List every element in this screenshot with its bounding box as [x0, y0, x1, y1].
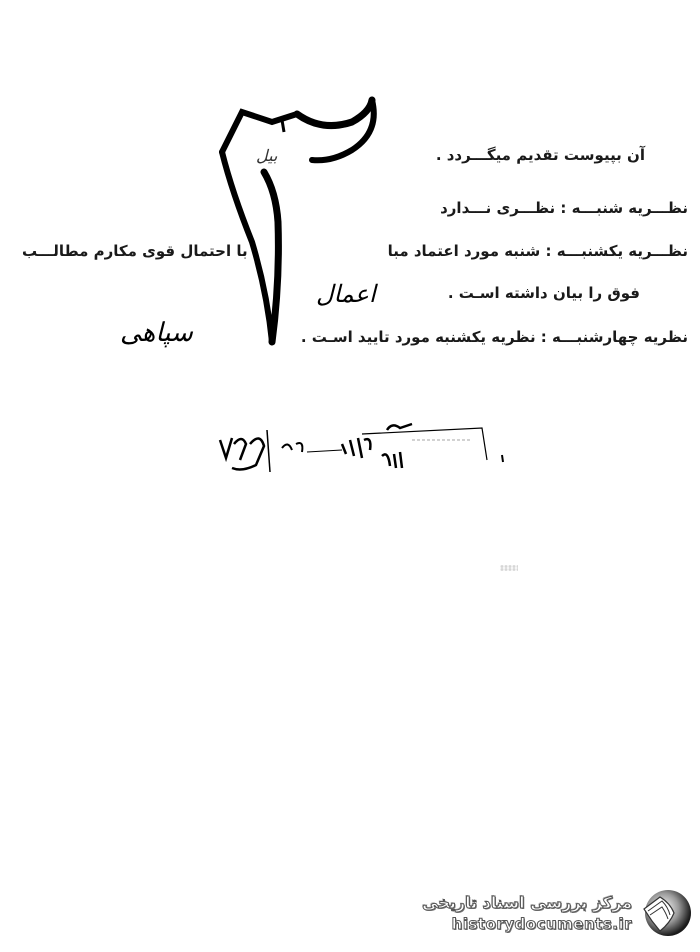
handwritten-signature-sepah: سپاهی	[120, 318, 193, 348]
handwritten-annotation-amal: اعمال	[316, 280, 376, 308]
text-line-saturday-opinion: نظـــریه شنبـــه : نظـــری نـــدارد	[440, 199, 688, 217]
document-page: آن بپیوست تقدیم میگـــردد . نظـــریه شنب…	[0, 0, 700, 952]
text-line-wednesday-opinion: نظریه چهارشنبـــه : نظریه یکشنبه مورد تا…	[301, 328, 688, 346]
watermark-persian-title: مرکز بررسی اسناد تاریخی	[422, 892, 632, 914]
text-line-sunday-opinion-continued: با احتمال قوی مکارم مطالـــب	[22, 242, 248, 260]
handwritten-reference-number-icon	[212, 410, 512, 485]
text-line-forwarding: آن بپیوست تقدیم میگـــردد .	[436, 146, 645, 164]
text-line-sunday-opinion: نظـــریه یکشنبـــه : شنبه مورد اعتماد مب…	[388, 242, 688, 260]
handwritten-annotation-bil: بیل	[256, 146, 277, 165]
handwritten-number-three-icon	[212, 92, 382, 352]
scan-artifact	[500, 565, 518, 571]
watermark-url: historydocuments.ir	[452, 914, 632, 934]
watermark-text: مرکز بررسی اسناد تاریخی historydocuments…	[422, 892, 632, 934]
text-line-statement: فوق را بیان داشته اسـت .	[448, 284, 640, 302]
book-globe-logo-icon	[640, 887, 692, 939]
watermark: مرکز بررسی اسناد تاریخی historydocuments…	[402, 882, 692, 944]
